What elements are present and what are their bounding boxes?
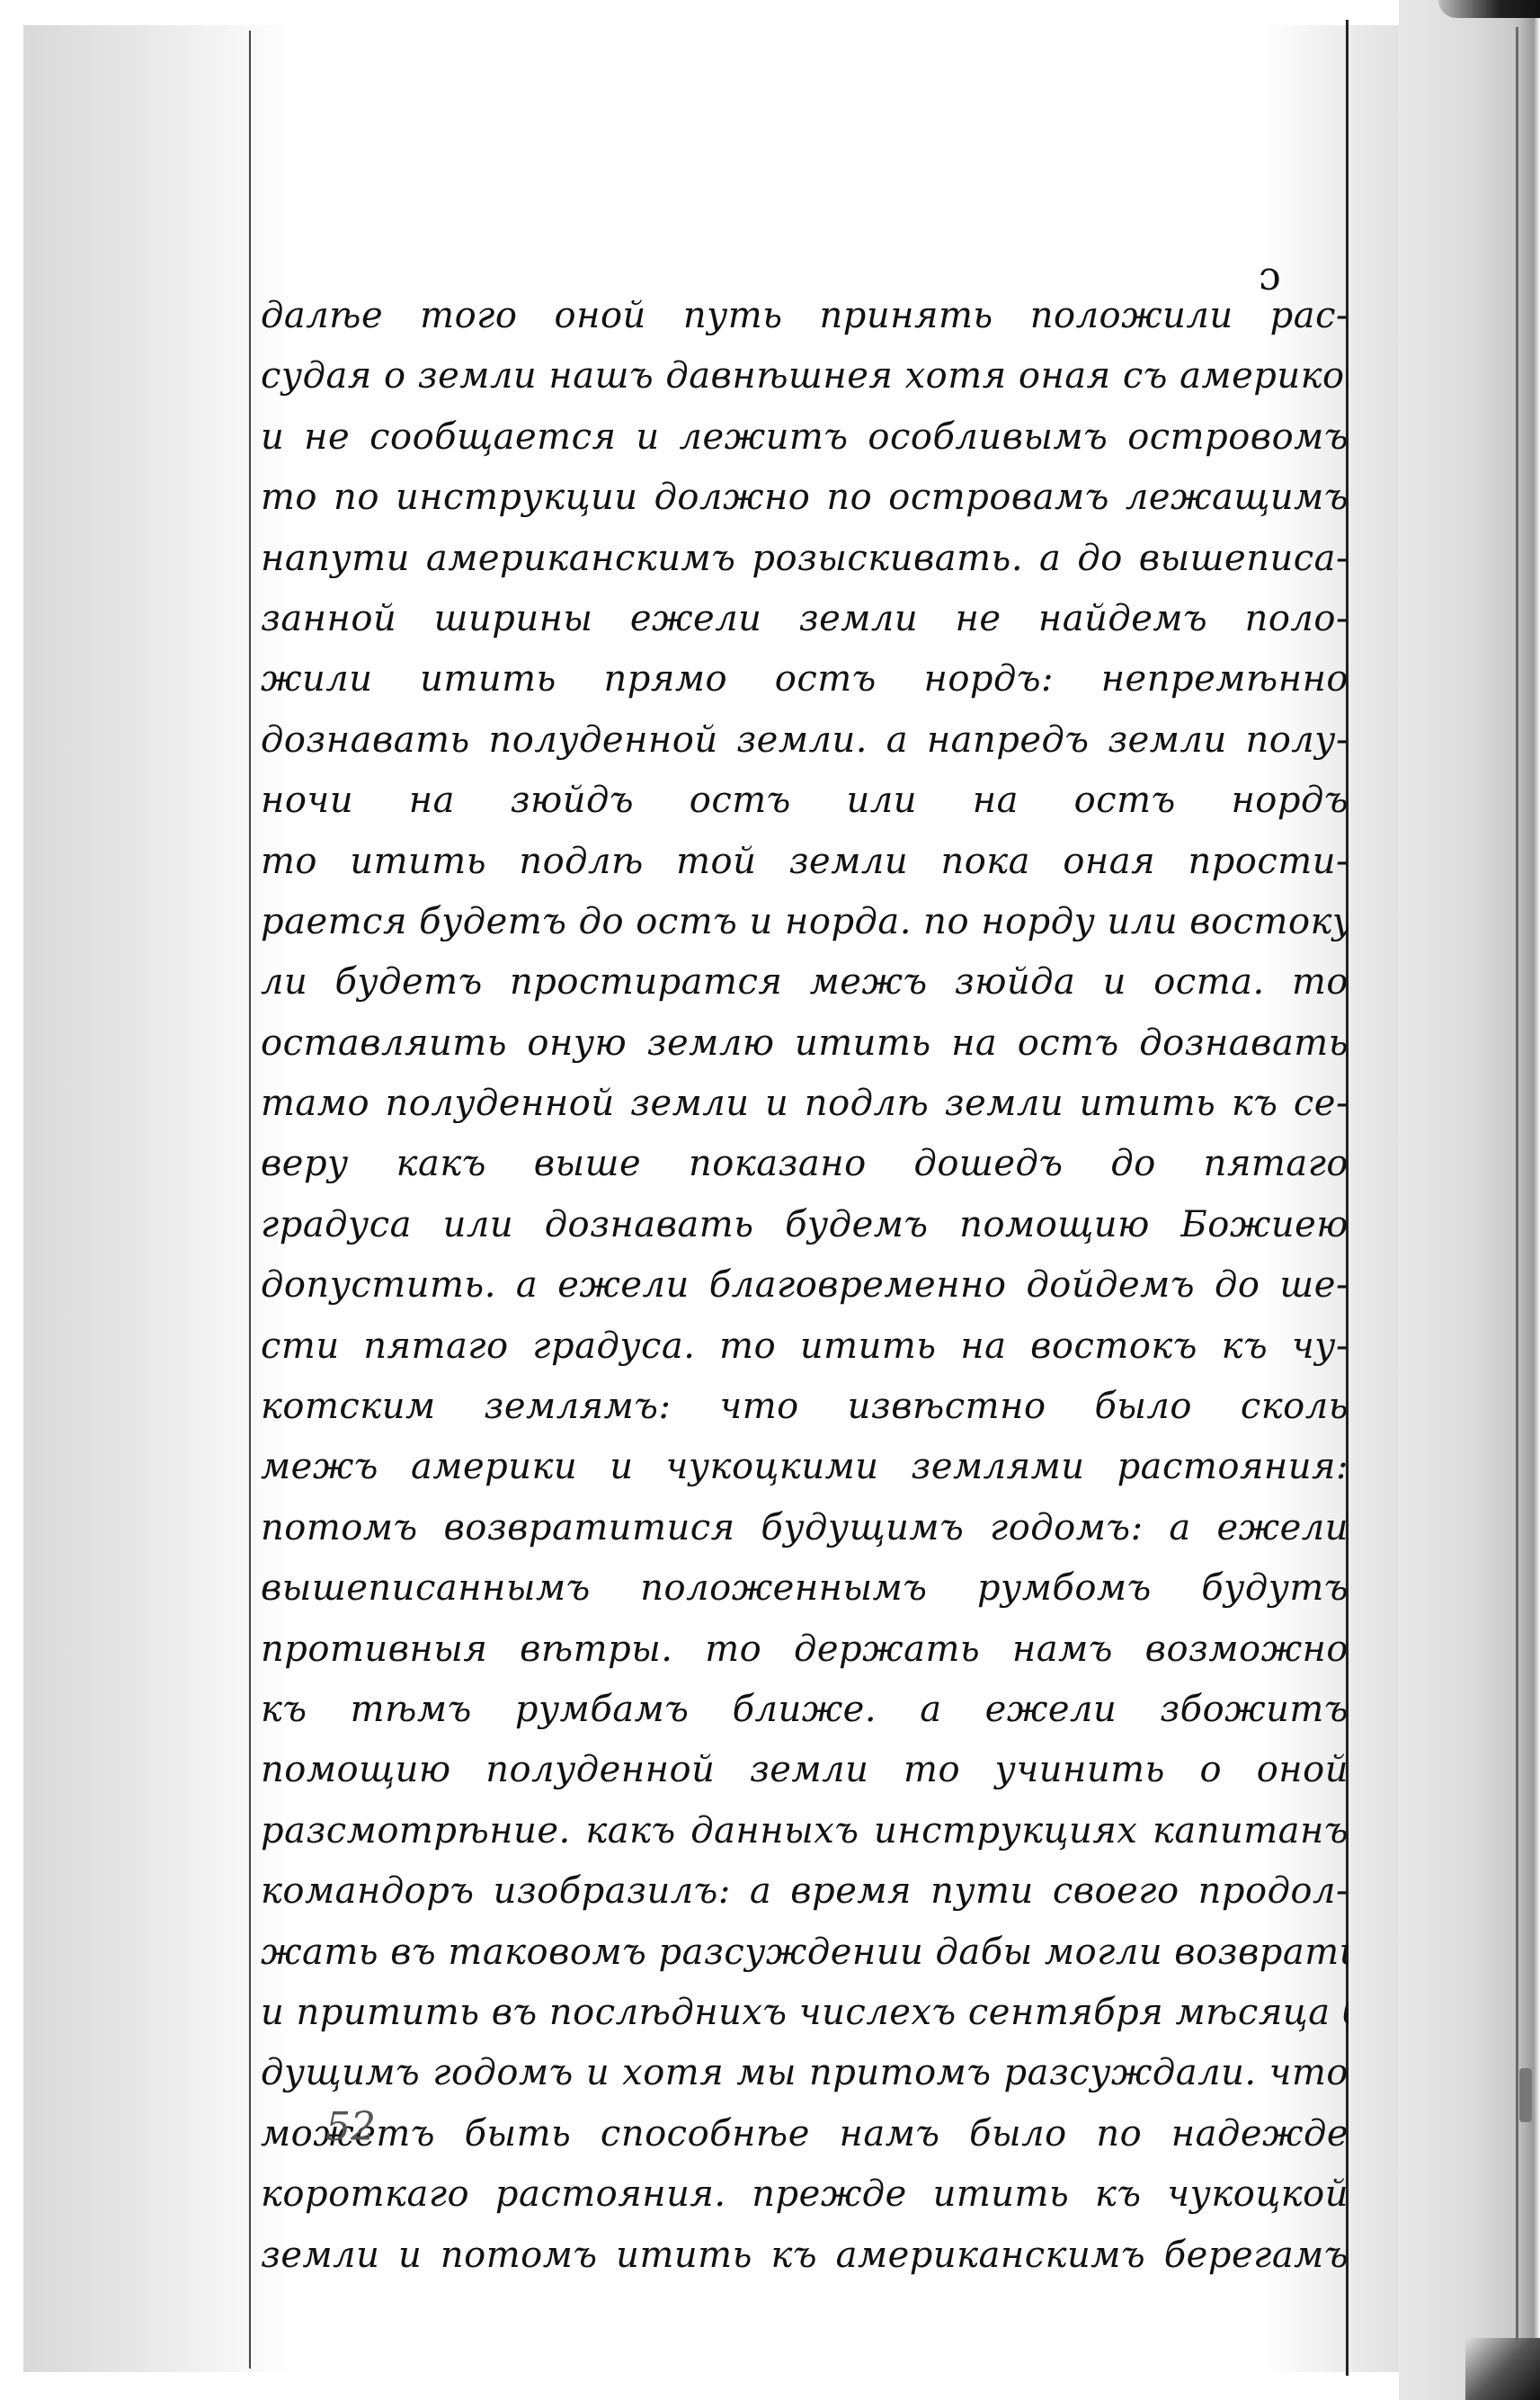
left-margin-rule bbox=[249, 31, 251, 2369]
binding-shadow-top bbox=[1438, 0, 1540, 18]
text-line: допустить. а ежели благовременно дойдемъ… bbox=[261, 1255, 1349, 1316]
text-line: и не сообщается и лежитъ особливымъ остр… bbox=[261, 407, 1349, 468]
text-line: сти пятаго градуса. то итить на востокъ … bbox=[261, 1316, 1349, 1377]
text-line: командоръ изобразилъ: а время пути своег… bbox=[261, 1861, 1349, 1922]
text-line: то итить подлѣ той земли пока оная прост… bbox=[261, 832, 1349, 892]
text-line: занной ширины ежели земли не найдемъ пол… bbox=[261, 589, 1349, 649]
manuscript-text-block: далѣе того оной путь принять положили ра… bbox=[261, 286, 1349, 2286]
text-line: ли будетъ простиратся межъ зюйда и оста.… bbox=[261, 952, 1349, 1013]
text-line: судая о земли нашъ давнѣшнея хотя оная с… bbox=[261, 346, 1349, 406]
folio-number: 52 bbox=[325, 2104, 376, 2150]
text-line: далѣе того оной путь принять положили ра… bbox=[261, 286, 1349, 346]
binding-smudge bbox=[1519, 2068, 1532, 2122]
text-line: веру какъ выше показано дошедъ до пятаго bbox=[261, 1134, 1349, 1194]
text-line: тамо полуденной земли и подлѣ земли итит… bbox=[261, 1074, 1349, 1134]
text-line: короткаго растояния. прежде итить къ чук… bbox=[261, 2164, 1349, 2225]
binding-rule-line bbox=[1516, 27, 1518, 2347]
text-line: градуса или дознавать будемъ помощию Бож… bbox=[261, 1195, 1349, 1255]
text-line: оставляить оную землю итить на остъ дозн… bbox=[261, 1013, 1349, 1074]
text-line: вышеписаннымъ положеннымъ румбомъ будутъ bbox=[261, 1558, 1349, 1619]
text-line: жать въ таковомъ разсуждении дабы могли … bbox=[261, 1923, 1349, 1983]
text-line: земли и потомъ итить къ американскимъ бе… bbox=[261, 2226, 1349, 2286]
book-binding-edge bbox=[1399, 0, 1540, 2400]
text-line: къ тѣмъ румбамъ ближе. а ежели збожитъ bbox=[261, 1680, 1349, 1740]
text-line: можетъ быть способнѣе намъ было по надеж… bbox=[261, 2104, 1349, 2164]
text-line: дознавать полуденной земли. а напредъ зе… bbox=[261, 710, 1349, 771]
text-line: противныя вѣтры. то держать намъ возможн… bbox=[261, 1619, 1349, 1680]
text-line: напути американскимъ розыскивать. а до в… bbox=[261, 529, 1349, 589]
text-line: разсмотрѣние. какъ данныхъ инструкциях к… bbox=[261, 1801, 1349, 1861]
text-line: рается будетъ до остъ и норда. по норду … bbox=[261, 892, 1349, 952]
text-line: межъ америки и чукоцкими землями растоян… bbox=[261, 1437, 1349, 1497]
manuscript-scan: ɔ далѣе того оной путь принять положили … bbox=[0, 0, 1540, 2400]
text-line: то по инструкции должно по островамъ леж… bbox=[261, 468, 1349, 528]
binding-shadow-bottom bbox=[1465, 2338, 1540, 2400]
text-line: котским землямъ: что извѣстно было сколь bbox=[261, 1377, 1349, 1437]
text-line: дущимъ годомъ и хотя мы притомъ разсужда… bbox=[261, 2043, 1349, 2103]
text-line: жили итить прямо остъ нордъ: непремѣнно bbox=[261, 649, 1349, 709]
text-line: ночи на зюйдъ остъ или на остъ нордъ bbox=[261, 771, 1349, 831]
text-line: и притить въ послѣднихъ числехъ сентября… bbox=[261, 1983, 1349, 2043]
text-line: помощию полуденной земли то учинить о он… bbox=[261, 1740, 1349, 1800]
text-line: потомъ возвратитися будущимъ годомъ: а е… bbox=[261, 1498, 1349, 1558]
